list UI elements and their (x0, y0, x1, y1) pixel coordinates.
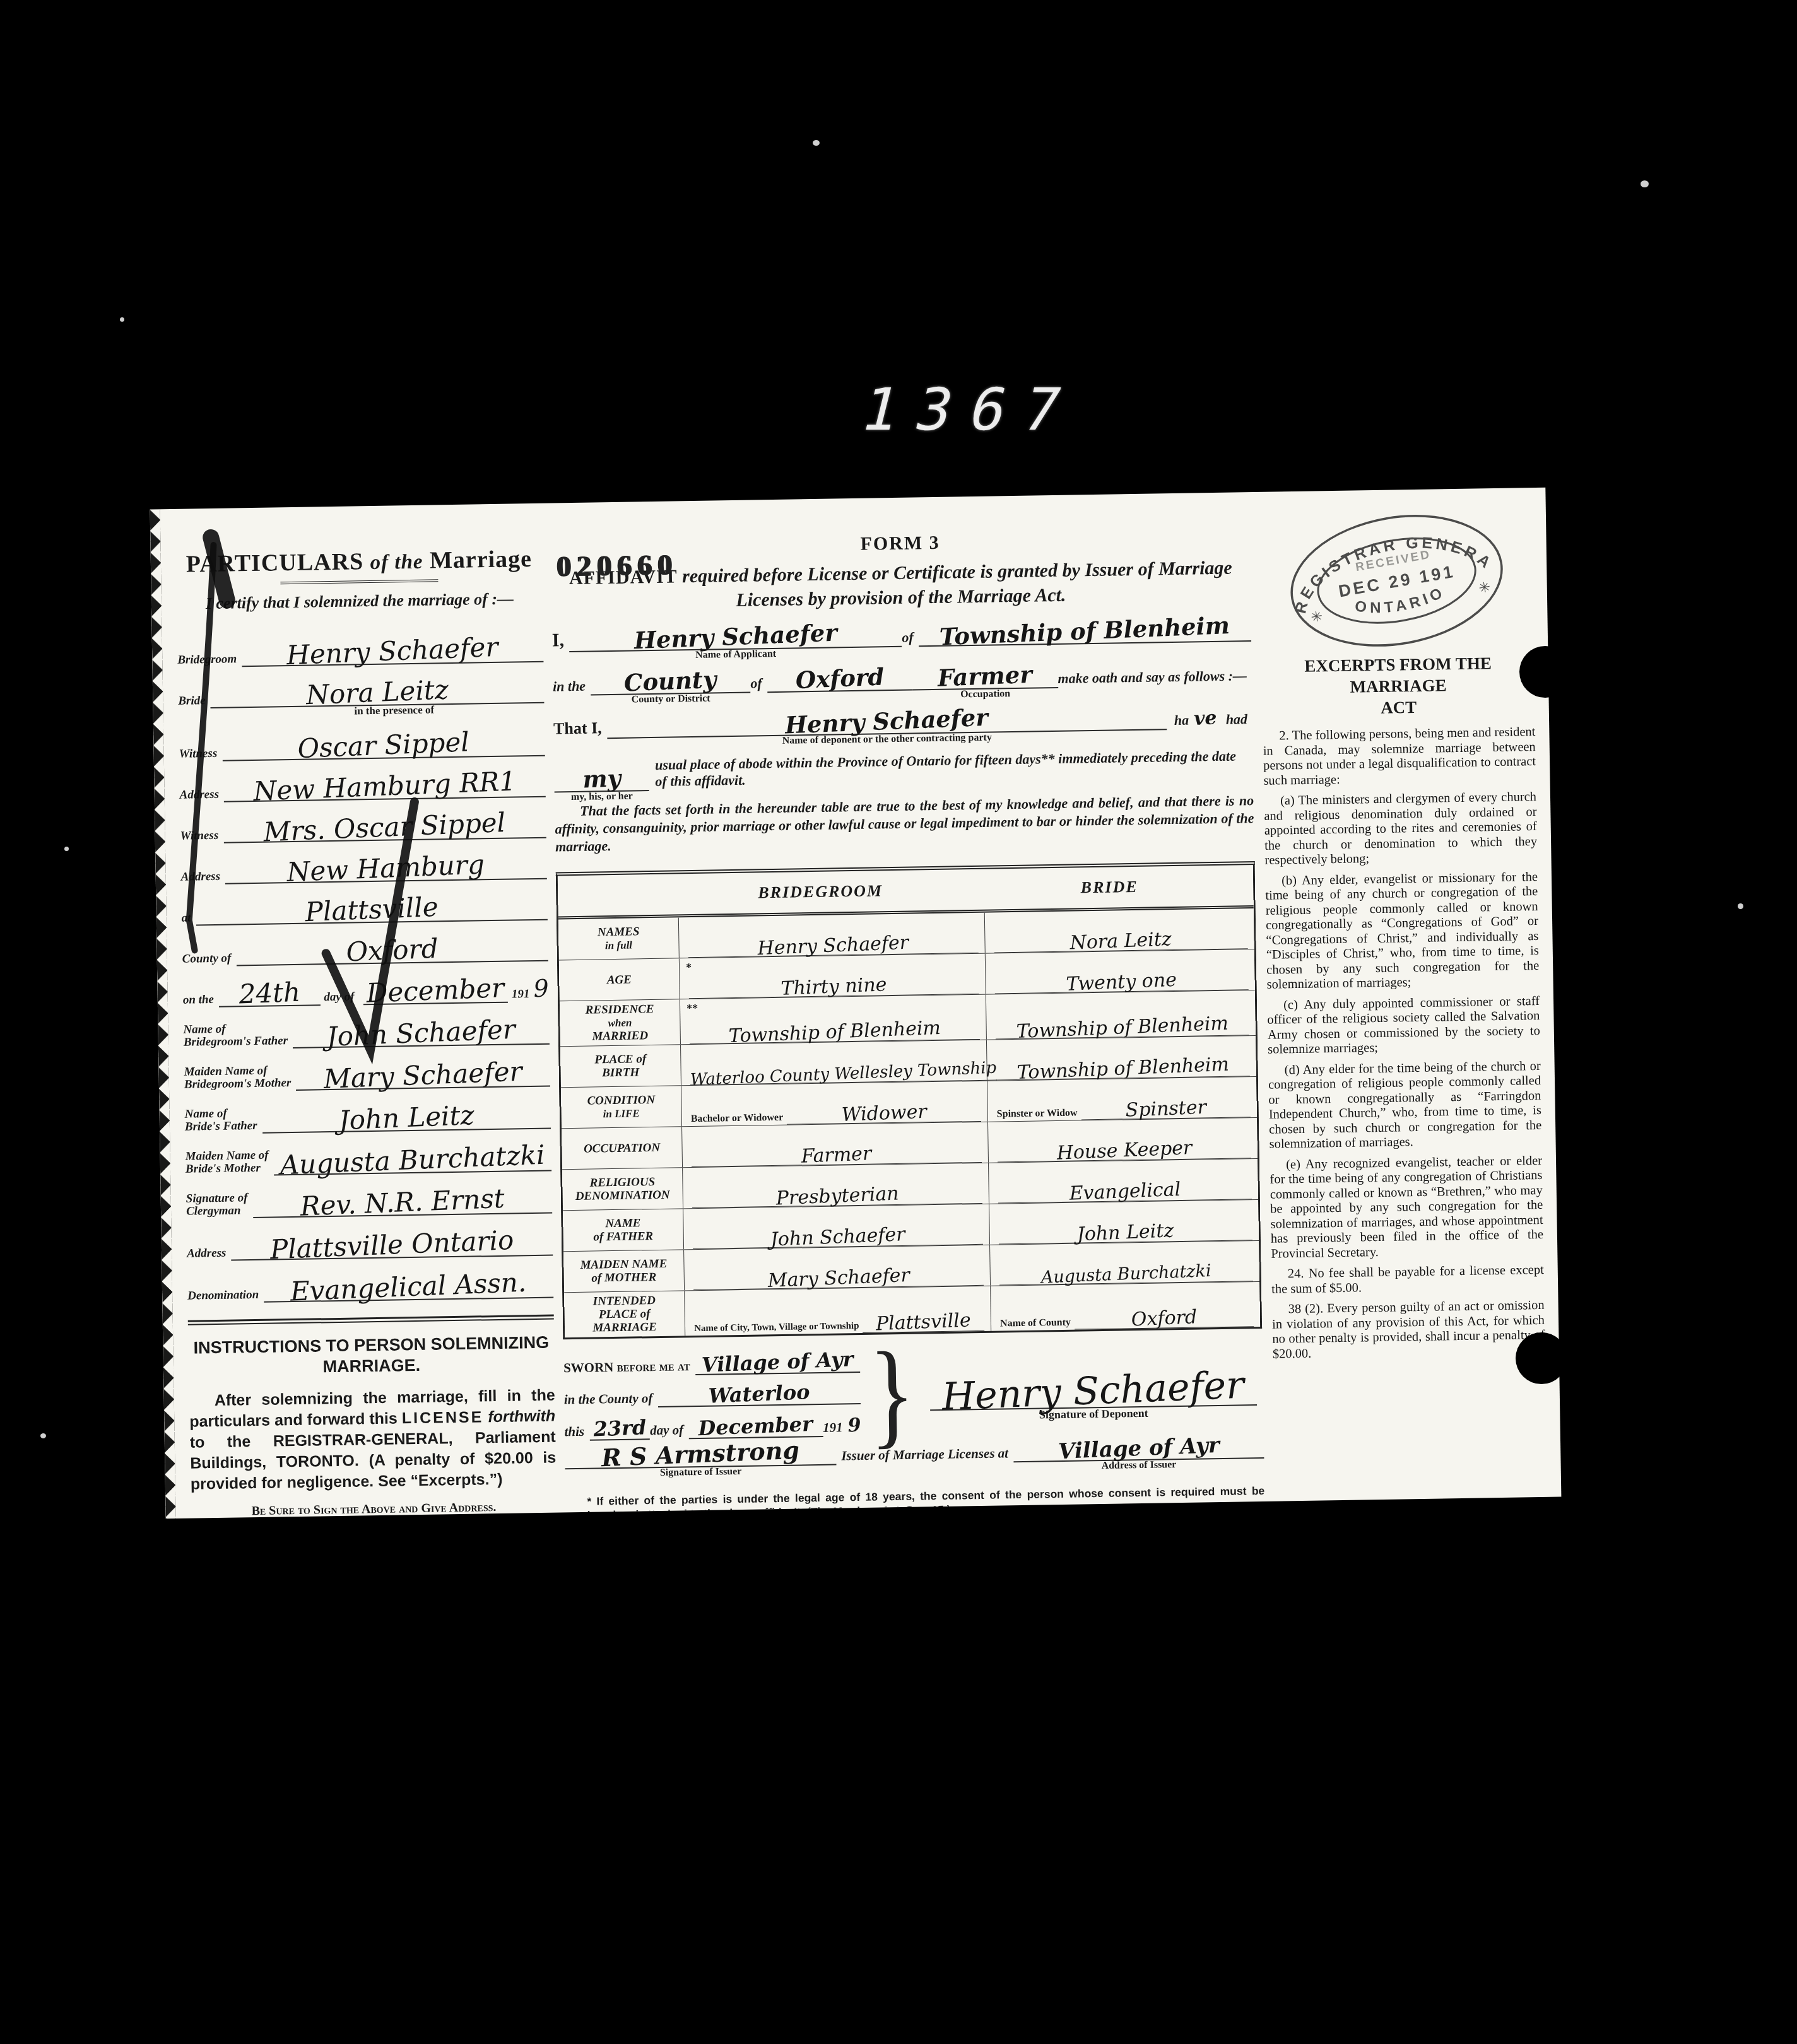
bride-cell: Augusta Burchatzki (990, 1241, 1259, 1286)
deponent-caption: Name of deponent or the other contractin… (782, 732, 991, 747)
field-value-handwritten: New Hamburg RR1 (253, 768, 517, 804)
instructions-body: After solemnizing the marriage, fill in … (189, 1385, 557, 1495)
issuer-signature-line: R S Armstrong Signature of Issuer (565, 1441, 837, 1470)
field-label: Bride (178, 695, 206, 709)
row-label-line: MARRIAGE (592, 1320, 657, 1335)
bride-header: BRIDE (965, 876, 1253, 899)
bachelor-or-widower-caption: Bachelor or Widower (691, 1112, 787, 1126)
ruled-line: Nora Leitz in the presence of (210, 678, 544, 708)
row-label: CONDITIONin LIFE (561, 1086, 682, 1128)
sworn-line-county: in the County of Waterloo (564, 1383, 861, 1409)
city-town-caption: Name of City, Town, Village or Township (694, 1321, 863, 1336)
field-row-county: County of Oxford (182, 925, 548, 967)
row-label-line: in full (605, 939, 632, 953)
row-label: PLACE ofBIRTH (560, 1045, 681, 1087)
groom-cell: **Township of Blenheim (680, 995, 987, 1045)
footnote-2: ** If neither of the parties has resided… (566, 1513, 1266, 1518)
row-label-line: RESIDENCE (586, 1002, 654, 1017)
ruled-line: Mrs. Oscar Sippel (223, 813, 546, 843)
groom-value-handwritten: Thirty nine (781, 975, 887, 999)
sworn-place-handwritten: Village of Ayr (701, 1349, 854, 1375)
field-row-clergy-address: Address Plattsville Ontario (186, 1218, 553, 1262)
excerpt-paragraph-2: 2. The following persons, being men and … (1263, 725, 1536, 789)
field-row-bride-mother: Maiden Name of Bride's Mother Augusta Bu… (185, 1134, 551, 1177)
printed-in-the: in the (553, 678, 591, 696)
field-row-date: on the 24th day of December 191 9 (182, 966, 549, 1008)
brace-glyph: } (869, 1346, 916, 1441)
day-of-label: day of (320, 990, 358, 1006)
field-label: Witness (179, 748, 218, 762)
excerpt-paragraph-b: (b) Any elder, evangelist or missionary … (1265, 869, 1540, 992)
bride-cell: Nora Leitz (985, 908, 1254, 953)
ha-suffix-handwritten: ve (1194, 707, 1218, 730)
sworn-this-label: this (564, 1424, 589, 1442)
ruled-line: John Leitz (999, 1221, 1252, 1244)
ruled-line: Nora Leitz (994, 930, 1247, 953)
field-label: County of (182, 953, 232, 967)
groom-cell: John Schaefer (683, 1204, 990, 1250)
year-handwritten: 9 (533, 974, 550, 1002)
applicant-name-handwritten: Henry Schaefer (633, 621, 837, 652)
printed-make-oath: make oath and say as follows :— (1058, 667, 1252, 688)
particulars-title: PARTICULARS of the Marriage (176, 545, 543, 579)
field-label: Signature of Clergyman (186, 1192, 248, 1219)
row-label-line: CONDITION (587, 1093, 655, 1108)
bride-cell: Spinster or WidowSpinster (987, 1077, 1257, 1122)
applicant-name-blank: Henry Schaefer Name of Applicant (569, 623, 902, 652)
groom-value-handwritten: Mary Schaefer (767, 1266, 910, 1291)
sworn-county-blank: Waterloo (657, 1383, 861, 1407)
field-label: Address (187, 1247, 227, 1262)
county-name-handwritten: Oxford (795, 666, 885, 692)
affidavit-heading-rest: required before License or Certificate i… (677, 558, 1232, 611)
microfilm-frame: 1367 PARTICULARS of the Marriage I certi… (0, 0, 1797, 2044)
bride-value-handwritten: Evangelical (1069, 1180, 1181, 1204)
sworn-place-blank: Village of Ayr (695, 1351, 860, 1375)
groom-value-handwritten: Farmer (801, 1144, 872, 1166)
bride-cell: Township of Blenheim (986, 990, 1256, 1040)
bride-value-handwritten: Twenty one (1066, 971, 1177, 994)
groom-cell: *Thirty nine (680, 954, 986, 999)
excerpt-paragraph-d: (d) Any elder for the time being of the … (1268, 1059, 1542, 1152)
groom-value-handwritten: John Schaefer (770, 1225, 905, 1250)
label-column-spacer (558, 894, 675, 896)
in-presence-of-caption: in the presence of (354, 703, 434, 717)
sworn-day-handwritten: 23rd (593, 1418, 647, 1438)
row-label-line: in LIFE (603, 1107, 639, 1120)
field-row-address-1: Address New Hamburg RR1 (179, 761, 546, 803)
row-label: RELIGIOUSDENOMINATION (562, 1168, 683, 1210)
received-stamp: REGISTRAR GENERAL RECEIVED DEC 29 191 ON… (1273, 493, 1520, 669)
field-label: Bridegroom (177, 653, 237, 667)
sign-note: Be Sure to Sign the Above and Give Addre… (191, 1500, 557, 1519)
field-value-handwritten: John Leitz (338, 1103, 474, 1134)
field-row-bride-father: Name of Bride's Father John Leitz (184, 1091, 551, 1135)
film-speck (120, 317, 124, 322)
signature-of-issuer-caption: Signature of Issuer (660, 1466, 742, 1479)
bride-cell: House Keeper (988, 1118, 1258, 1163)
row-label-line: RELIGIOUS (590, 1175, 656, 1190)
year-printed: 191 (508, 987, 534, 1003)
row-label: INTENDEDPLACE ofMARRIAGE (564, 1291, 685, 1337)
forthwith-word: forthwith (483, 1407, 555, 1426)
deponent-name-handwritten: Henry Schaefer (785, 706, 989, 737)
sworn-section: SWORN before me at Village of Ayr in the… (563, 1345, 1264, 1441)
field-row-bridegroom: Bridegroom Henry Schaefer (177, 626, 544, 668)
sworn-dayof-label: day of (650, 1422, 688, 1440)
row-label-line: INTENDED (593, 1294, 656, 1308)
film-speck (1641, 180, 1649, 187)
field-value-handwritten: Henry Schaefer (286, 635, 499, 668)
groom-cell: Presbyterian (683, 1163, 989, 1209)
field-label: at (182, 912, 191, 926)
punch-hole (1516, 1332, 1567, 1384)
field-label: Witness (180, 830, 219, 844)
film-speck (40, 1433, 46, 1438)
bride-cell: Evangelical (989, 1159, 1258, 1204)
bridegroom-header: BRIDEGROOM (675, 880, 965, 903)
film-speck (1738, 903, 1743, 909)
particulars-title-marriage: Marriage (430, 546, 533, 574)
ruled-line: Township of Blenheim (995, 1016, 1249, 1039)
facts-paragraph: That the facts set forth in the hereunde… (555, 792, 1254, 855)
field-row-witness-1: Witness Oscar Sippel (179, 720, 545, 762)
occupation-handwritten: Farmer (938, 663, 1033, 690)
county-caption: Name of County (1000, 1317, 1075, 1331)
certify-line: I certify that I solemnized the marriage… (177, 589, 543, 614)
field-label: Maiden Name of Bridegroom's Mother (184, 1064, 291, 1093)
field-value-handwritten: New Hamburg (286, 852, 485, 885)
ruled-line: December (363, 977, 508, 1006)
deponent-name-blank: Henry Schaefer Name of deponent or the o… (606, 705, 1167, 739)
row-label: AGE (559, 958, 680, 1001)
applicant-place-blank: Township of Blenheim (918, 617, 1251, 647)
issuer-of-licenses-label: Issuer of Marriage Licenses at (836, 1445, 1013, 1465)
field-value-handwritten: Evangelical Assn. (290, 1270, 527, 1305)
applicant-place-handwritten: Township of Blenheim (940, 614, 1230, 648)
bride-cell: Township of Blenheim (987, 1036, 1256, 1081)
excerpts-panel: REGISTRAR GENERAL RECEIVED DEC 29 191 ON… (1259, 509, 1545, 1368)
row-label-line: PLACE of (599, 1307, 651, 1321)
ruled-line: Plattsville Ontario (231, 1230, 553, 1261)
film-frame-number: 1367 (855, 376, 1087, 443)
printed-that-i: That I, (553, 719, 607, 739)
ruled-line: Spinster (1081, 1098, 1251, 1120)
sworn-year-printed: 191 (823, 1419, 848, 1437)
particulars-panel: PARTICULARS of the Marriage I certify th… (176, 545, 557, 1519)
ruled-line: Rev. N.R. Ernst (252, 1188, 552, 1218)
particulars-title-of-the: of the (370, 551, 423, 574)
county-handwritten: County (624, 668, 717, 695)
row-label: OCCUPATION (562, 1127, 683, 1169)
field-row-groom-father: Name of Bridegroom's Father John Schaefe… (183, 1007, 550, 1050)
field-value-handwritten: Augusta Burchatzki (280, 1142, 545, 1178)
row-label-line: NAME (605, 1216, 640, 1230)
footnote-1: * If either of the parties is under the … (565, 1484, 1265, 1518)
license-word: LICENSE (402, 1408, 484, 1427)
row-label: NAMEof FATHER (563, 1209, 684, 1251)
affidavit-table: BRIDEGROOM BRIDE NAMESin full Henry Scha… (556, 861, 1263, 1339)
section-divider (188, 1315, 554, 1325)
excerpt-paragraph-24: 24. No fee shall be payable for a licens… (1271, 1263, 1545, 1297)
spinster-or-widow-caption: Spinster or Widow (997, 1107, 1081, 1121)
ruled-line: 24th (218, 980, 320, 1007)
sworn-month-handwritten: December (698, 1414, 813, 1438)
row-label-line: of FATHER (593, 1230, 653, 1243)
groom-cell: Henry Schaefer (679, 913, 986, 958)
field-value-handwritten: Oscar Sippel (297, 729, 470, 761)
row-label-line: OCCUPATION (584, 1141, 660, 1155)
pronoun-blank: my my, his, or her (554, 766, 649, 792)
bride-value-handwritten: Oxford (1131, 1308, 1197, 1329)
row-label: RESIDENCEwhenMARRIED (560, 999, 681, 1046)
field-row-witness-2: Witness Mrs. Oscar Sippel (180, 802, 546, 844)
sworn-county-label: in the County of (564, 1390, 658, 1409)
field-value-handwritten: John Schaefer (326, 1017, 516, 1050)
excerpt-paragraph-e: (e) Any recognized evangelist, teacher o… (1270, 1153, 1544, 1261)
address-of-issuer-caption: Address of Issuer (1101, 1459, 1176, 1472)
ruled-line: Evangelical Assn. (264, 1272, 554, 1303)
ruled-line: Henry Schaefer (242, 637, 544, 667)
deponent-signature-block: Henry Schaefer Signature of Deponent (923, 1345, 1264, 1435)
sworn-county-handwritten: Waterloo (708, 1382, 810, 1405)
ruled-line: New Hamburg RR1 (224, 772, 546, 802)
row-label-line: DENOMINATION (575, 1189, 670, 1203)
field-value-handwritten: Plattsville Ontario (269, 1228, 514, 1262)
pronoun-caption: my, his, or her (571, 791, 633, 804)
field-value-handwritten: Mary Schaefer (323, 1059, 522, 1092)
groom-value-handwritten: Presbyterian (775, 1185, 899, 1209)
ruled-line: Oscar Sippel (222, 731, 545, 761)
excerpt-paragraph-38: 38 (2). Every person guilty of an act or… (1272, 1298, 1545, 1362)
field-label: Name of Bridegroom's Father (183, 1022, 288, 1050)
ruled-line: House Keeper (998, 1139, 1251, 1162)
printed-ha: ha (1167, 712, 1194, 731)
punch-hole (1519, 646, 1571, 698)
signature-of-deponent-caption: Signature of Deponent (1039, 1407, 1148, 1422)
bride-cell: John Leitz (989, 1200, 1259, 1245)
field-label: Denomination (187, 1289, 259, 1304)
row-label-line: AGE (607, 973, 632, 987)
sworn-line-place: SWORN before me at Village of Ayr (563, 1351, 860, 1377)
county-name-blank: Oxford (767, 666, 912, 693)
ruled-line: Widower (787, 1103, 981, 1125)
occupation-caption: Occupation (960, 688, 1010, 700)
sworn-before-label: SWORN before me at (563, 1358, 695, 1377)
ruled-line: Mary Schaefer (296, 1061, 550, 1091)
row-label-line: when (608, 1016, 632, 1030)
sworn-year-handwritten: 9 (847, 1414, 861, 1437)
field-row-groom-mother: Maiden Name of Bridegroom's Mother Mary … (184, 1049, 550, 1093)
occupation-blank: Farmer Occupation (912, 664, 1058, 691)
printed-of: of (750, 675, 767, 693)
bride-value-handwritten: John Leitz (1077, 1221, 1174, 1244)
pronoun-handwritten: my (582, 766, 621, 790)
bride-value-handwritten: House Keeper (1056, 1139, 1193, 1163)
bride-value-handwritten: Spinster (1125, 1098, 1206, 1120)
excerpt-paragraph-a: (a) The ministers and clergymen of every… (1264, 790, 1538, 868)
excerpts-title-line2: ACT (1381, 698, 1417, 717)
field-value-handwritten: Rev. N.R. Ernst (300, 1186, 505, 1219)
row-label-line: of MOTHER (591, 1271, 656, 1285)
sworn-month-blank: December (688, 1416, 823, 1439)
ruled-line: Twenty one (994, 971, 1248, 994)
bride-cell: Twenty one (986, 949, 1255, 994)
instructions-text-end: to the REGISTRAR-GENERAL, Parliament Bui… (190, 1428, 557, 1493)
row-label-line: NAMES (598, 925, 640, 939)
title-rule (280, 579, 438, 584)
groom-cell: Bachelor or WidowerWidower (681, 1081, 988, 1127)
affidavit-line-4: my my, his, or her usual place of abode … (554, 748, 1254, 792)
sworn-left-block: SWORN before me at Village of Ayr in the… (563, 1351, 861, 1441)
ruled-line: John Schaefer (293, 1019, 550, 1048)
ruled-line: Evangelical (998, 1180, 1252, 1203)
sworn-line-date: this 23rd day of December 1919 (564, 1414, 861, 1441)
printed-had: had (1217, 711, 1253, 729)
field-row-denomination: Denomination Evangelical Assn. (187, 1260, 553, 1304)
printed-of: of (902, 629, 919, 647)
groom-cell: Mary Schaefer (684, 1245, 991, 1291)
sworn-day-blank: 23rd (589, 1418, 650, 1441)
field-value-handwritten: Oxford (346, 936, 439, 965)
county-or-district-caption: County or District (631, 693, 710, 706)
affidavit-panel: 020660 FORM 3 AFFIDAVIT required before … (550, 525, 1266, 1518)
field-value-handwritten: Mrs. Oscar Sippel (263, 810, 506, 845)
ruled-line: Augusta Burchatzki (273, 1146, 551, 1176)
groom-cell: Farmer (682, 1122, 989, 1168)
field-row-at: at Plattsville (181, 884, 548, 926)
bride-cell: Name of CountyOxford (991, 1282, 1260, 1331)
marriage-affidavit-document: PARTICULARS of the Marriage I certify th… (150, 488, 1562, 1519)
ruled-line: New Hamburg (225, 854, 547, 884)
field-row-clergyman-signature: Signature of Clergyman Rev. N.R. Ernst (186, 1176, 552, 1219)
ruled-line: John Leitz (262, 1103, 551, 1134)
affidavit-line-1: I, Henry Schaefer Name of Applicant of T… (552, 617, 1251, 652)
field-label: Address (181, 871, 221, 885)
affidavit-line-2: in the County County or District of Oxfo… (553, 661, 1252, 696)
field-row-bride: Bride Nora Leitz in the presence of (178, 667, 545, 709)
row-label-line: MAIDEN NAME (580, 1257, 667, 1272)
printed-i: I, (552, 630, 570, 652)
row-label-line: MARRIED (592, 1029, 648, 1043)
footnote-marker: * (686, 961, 692, 974)
ruled-line: Plattsville (196, 895, 548, 926)
instructions-title: INSTRUCTIONS TO PERSON SOLEMNIZING MARRI… (188, 1332, 555, 1380)
issuer-signature-handwritten: R S Armstrong (601, 1439, 800, 1470)
film-speck (813, 140, 820, 146)
ruled-line: Oxford (236, 936, 548, 966)
affidavit-line-3: That I, Henry Schaefer Name of deponent … (553, 704, 1252, 739)
stamp-star-left: ✳ (1310, 608, 1324, 626)
field-label: Address (180, 789, 220, 803)
groom-cell: Waterloo County Wellesley Township (681, 1040, 987, 1086)
bride-value-handwritten: Nora Leitz (1069, 930, 1172, 953)
row-label: MAIDEN NAMEof MOTHER (563, 1250, 685, 1292)
name-of-applicant-caption: Name of Applicant (695, 649, 776, 661)
groom-cell: Name of City, Town, Village or TownshipP… (685, 1286, 991, 1336)
field-label: Name of Bride's Father (184, 1107, 257, 1135)
excerpt-paragraph-c: (c) Any duly appointed commissioner or s… (1267, 994, 1540, 1057)
groom-value-handwritten: Widower (841, 1103, 927, 1125)
ruled-line: Oxford (1075, 1308, 1254, 1329)
ruled-line: Township of Blenheim (996, 1057, 1249, 1080)
month-handwritten: December (366, 975, 505, 1006)
row-label: NAMESin full (558, 917, 680, 960)
issuer-address-line: Village of Ayr Address of Issuer (1013, 1436, 1264, 1462)
stamp-star-right: ✳ (1477, 579, 1491, 596)
row-label-line: BIRTH (602, 1066, 639, 1079)
field-label: Maiden Name of Bride's Mother (186, 1149, 269, 1177)
serial-number-stamp: 020660 (556, 548, 678, 583)
received-stamp-svg: REGISTRAR GENERAL RECEIVED DEC 29 191 ON… (1273, 493, 1520, 669)
field-label: on the (183, 994, 214, 1008)
row-label-line: PLACE of (594, 1052, 646, 1066)
footnotes: * If either of the parties is under the … (565, 1484, 1266, 1518)
day-handwritten: 24th (239, 980, 301, 1007)
deponent-signature-line: Henry Schaefer Signature of Deponent (929, 1370, 1257, 1411)
abode-text: usual place of abode within the Province… (649, 748, 1254, 791)
issuer-address-handwritten: Village of Ayr (1058, 1435, 1220, 1462)
particulars-title-caps: PARTICULARS (186, 548, 363, 577)
footnote-marker: ** (686, 1002, 698, 1015)
county-blank: County County or District (591, 669, 751, 696)
film-speck (64, 847, 69, 851)
field-value-handwritten: Plattsville (305, 895, 439, 925)
field-row-address-2: Address New Hamburg (180, 843, 547, 885)
